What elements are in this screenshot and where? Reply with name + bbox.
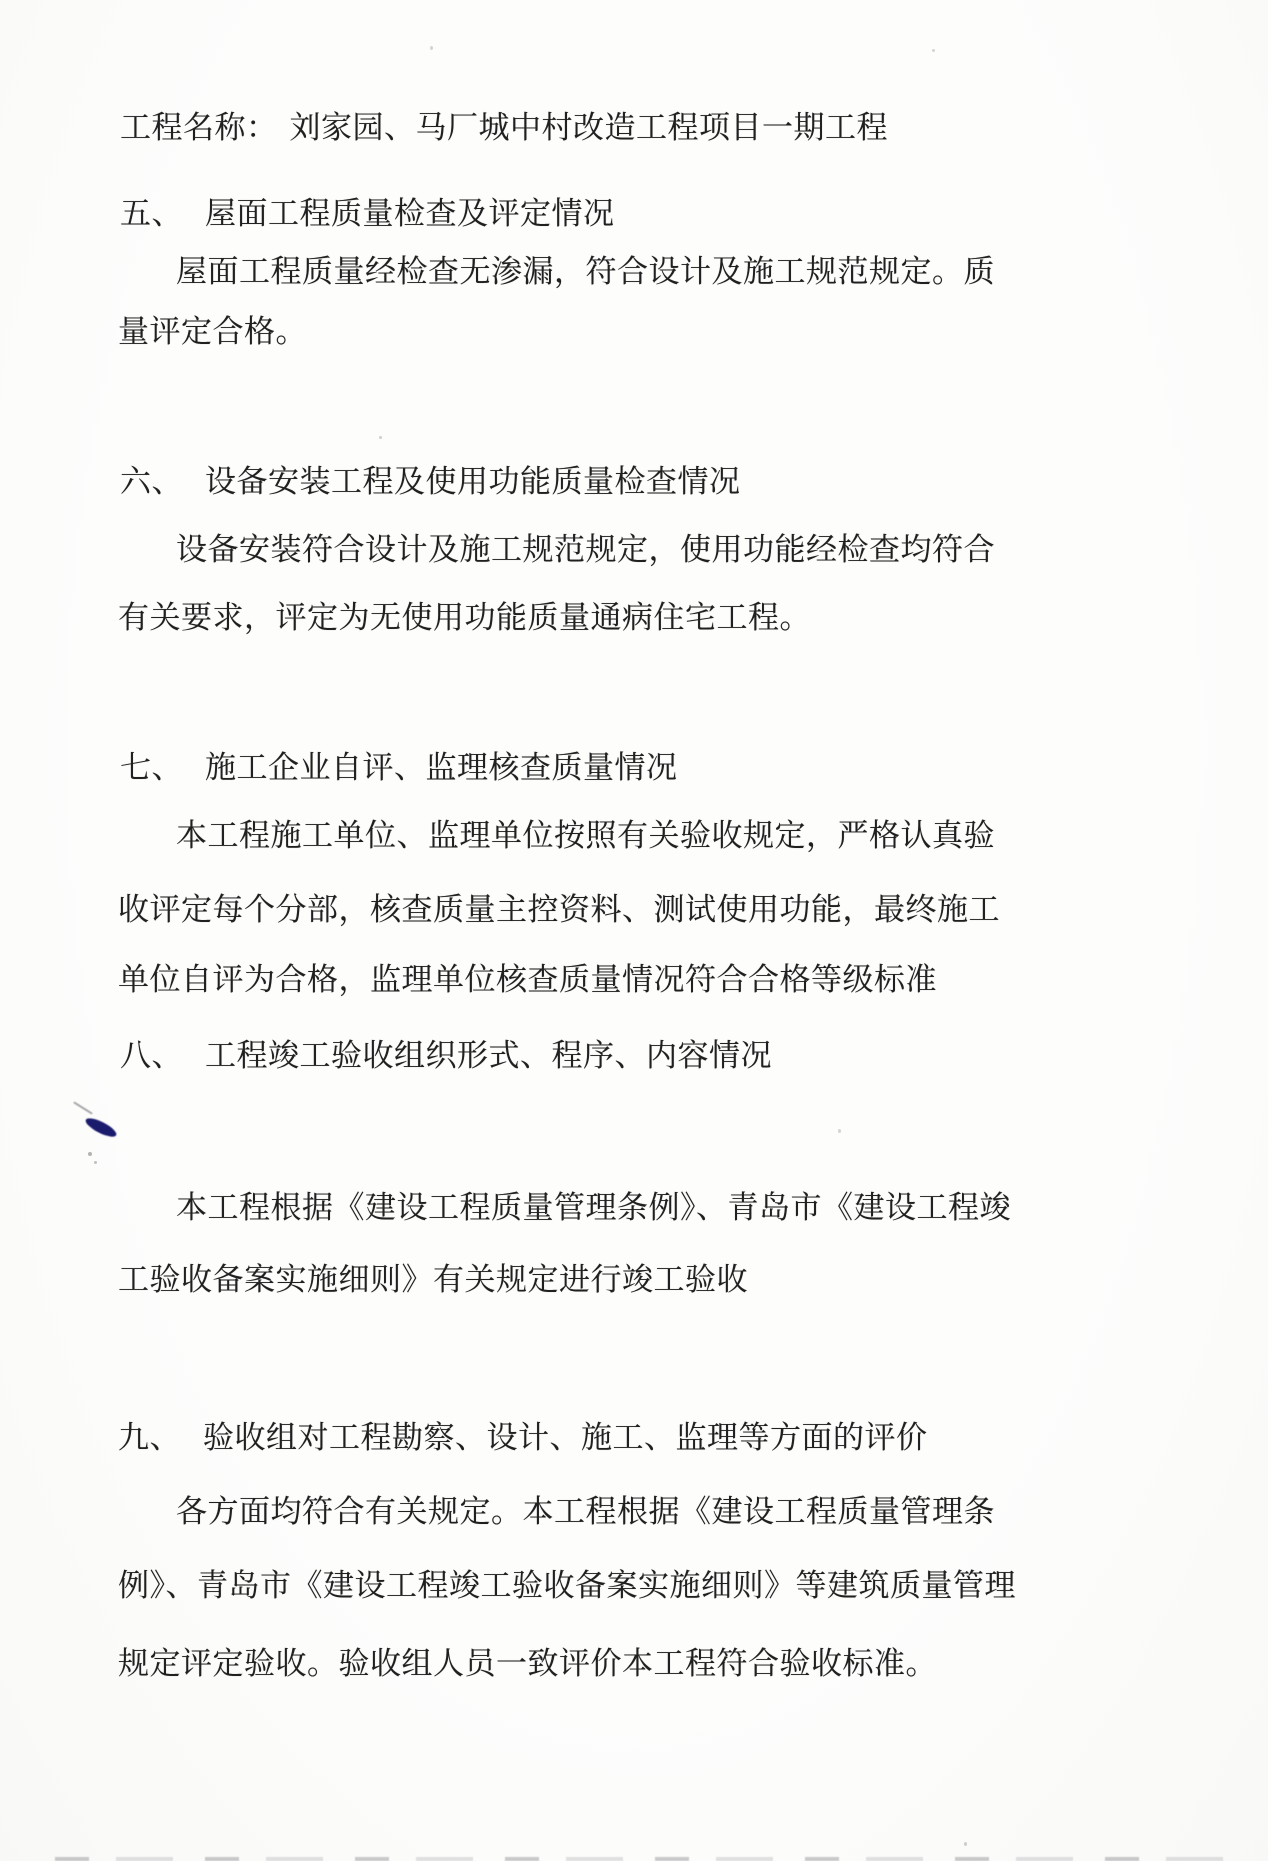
body-line: 单位自评为合格，监理单位核查质量情况符合合格等级标准 xyxy=(118,954,937,999)
scan-speck xyxy=(964,1842,967,1846)
scan-speck xyxy=(94,1161,97,1164)
section-title: 设备安装工程及使用功能质量检查情况 xyxy=(205,464,741,499)
scan-edge-artifact xyxy=(55,1857,1233,1861)
scan-speck xyxy=(379,436,382,439)
body-line: 各方面均符合有关规定。本工程根据《建设工程质量管理条 xyxy=(176,1486,995,1531)
project-name-line: 工程名称：刘家园、马厂城中村改造工程项目一期工程 xyxy=(120,102,888,147)
body-line: 屋面工程质量经检查无渗漏，符合设计及施工规范规定。质 xyxy=(176,246,995,291)
section-heading-seven: 七、施工企业自评、监理核查质量情况 xyxy=(120,742,678,787)
scan-speck xyxy=(932,49,935,52)
project-name-label: 工程名称： xyxy=(120,110,278,145)
body-line: 本工程施工单位、监理单位按照有关验收规定，严格认真验 xyxy=(176,810,995,855)
scan-speck xyxy=(430,46,433,50)
section-number: 五、 xyxy=(120,188,183,233)
blue-ink-mark xyxy=(83,1115,118,1140)
section-number: 八、 xyxy=(120,1030,183,1075)
body-line: 设备安装符合设计及施工规范规定，使用功能经检查均符合 xyxy=(176,524,995,569)
section-heading-five: 五、屋面工程质量检查及评定情况 xyxy=(120,188,615,233)
scan-speck xyxy=(88,1152,92,1156)
section-title: 屋面工程质量检查及评定情况 xyxy=(205,196,615,231)
body-line: 有关要求，评定为无使用功能质量通病住宅工程。 xyxy=(118,592,811,637)
body-line: 量评定合格。 xyxy=(118,306,307,351)
section-number: 六、 xyxy=(120,456,183,501)
body-line: 工验收备案实施细则》有关规定进行竣工验收 xyxy=(118,1254,748,1299)
section-heading-nine: 九、验收组对工程勘察、设计、施工、监理等方面的评价 xyxy=(118,1412,928,1457)
section-title: 施工企业自评、监理核查质量情况 xyxy=(205,750,678,785)
pen-scratch-mark xyxy=(73,1101,93,1114)
body-line: 例》、青岛市《建设工程竣工验收备案实施细则》等建筑质量管理 xyxy=(118,1560,1016,1605)
document-page: 工程名称：刘家园、马厂城中村改造工程项目一期工程 五、屋面工程质量检查及评定情况… xyxy=(0,0,1268,1861)
section-title: 验收组对工程勘察、设计、施工、监理等方面的评价 xyxy=(203,1420,928,1455)
body-line: 收评定每个分部，核查质量主控资料、测试使用功能，最终施工 xyxy=(118,884,1000,929)
body-line: 规定评定验收。验收组人员一致评价本工程符合验收标准。 xyxy=(118,1638,937,1683)
section-heading-eight: 八、工程竣工验收组织形式、程序、内容情况 xyxy=(120,1030,772,1075)
body-line: 本工程根据《建设工程质量管理条例》、青岛市《建设工程竣 xyxy=(176,1182,1011,1227)
section-number: 七、 xyxy=(120,742,183,787)
section-number: 九、 xyxy=(118,1412,181,1457)
section-heading-six: 六、设备安装工程及使用功能质量检查情况 xyxy=(120,456,741,501)
project-name-value: 刘家园、马厂城中村改造工程项目一期工程 xyxy=(290,110,889,145)
scan-speck xyxy=(838,1129,841,1133)
section-title: 工程竣工验收组织形式、程序、内容情况 xyxy=(205,1038,772,1073)
